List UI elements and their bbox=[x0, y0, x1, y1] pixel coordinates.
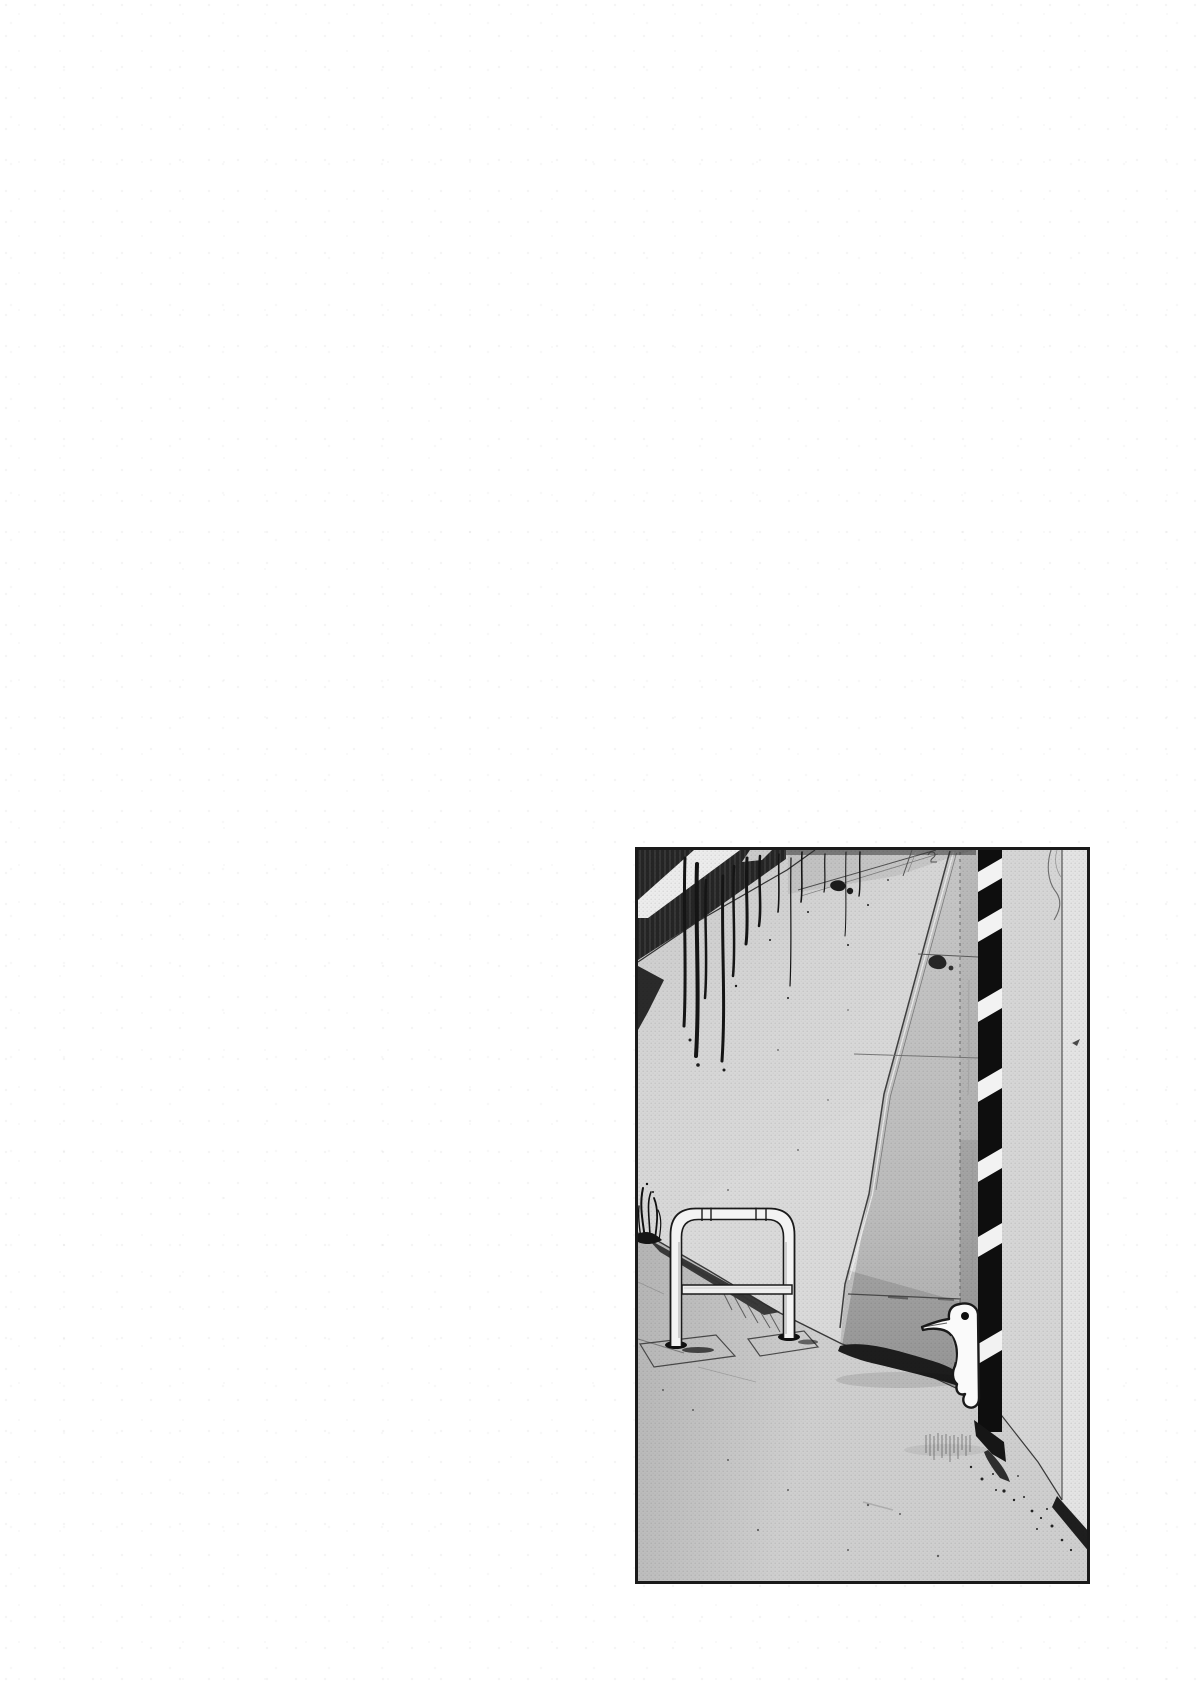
panel-illustration bbox=[638, 850, 1087, 1581]
barrier-mid-bar bbox=[682, 1285, 792, 1294]
manga-panel bbox=[635, 847, 1090, 1584]
bird-eye bbox=[961, 1312, 969, 1320]
manga-page bbox=[0, 0, 1200, 1701]
